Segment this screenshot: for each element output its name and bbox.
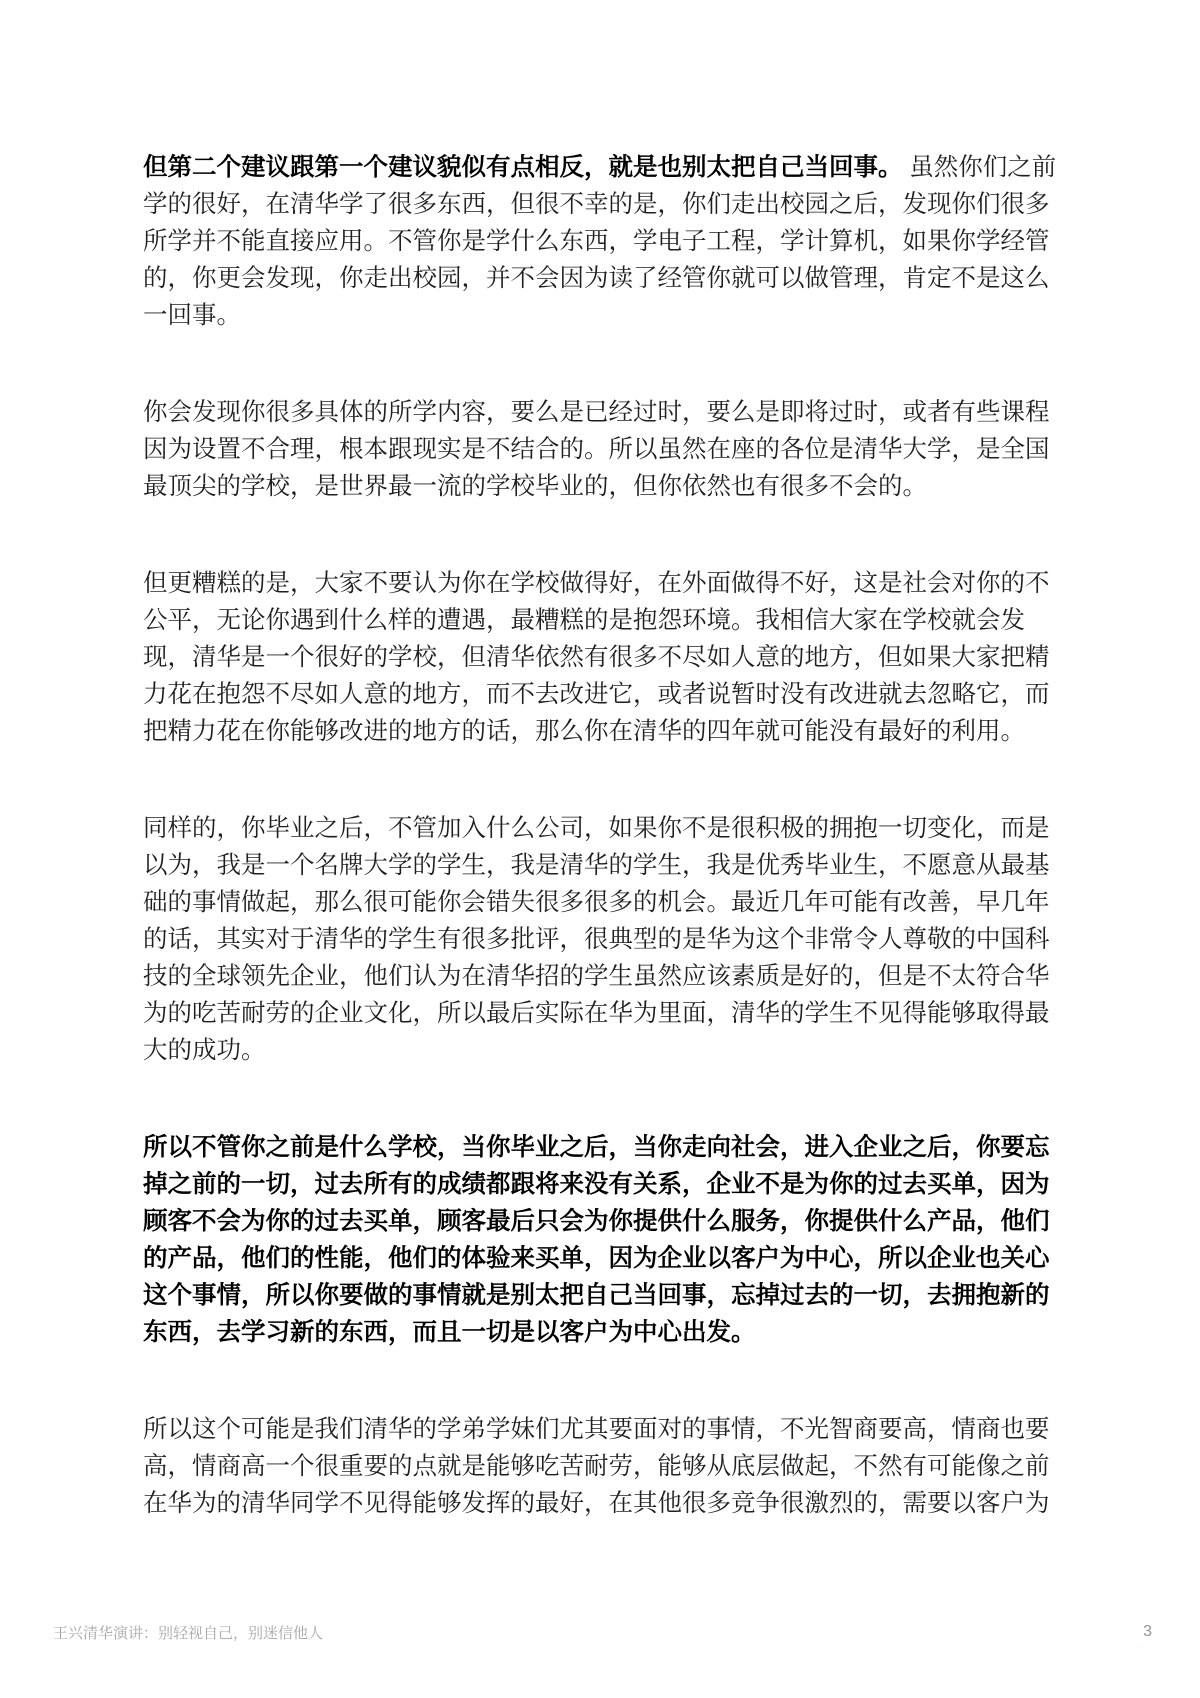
paragraph-1-bold-lead: 但第二个建议跟第一个建议貌似有点相反，就是也别太把自己当回事。 (143, 154, 903, 181)
footer-page-number: 3 (1143, 1623, 1152, 1641)
footer-document-title: 王兴清华演讲：别轻视自己，别迷信他人 (53, 1622, 323, 1643)
document-page: 但第二个建议跟第一个建议貌似有点相反，就是也别太把自己当回事。 虽然你们之前 学… (0, 0, 1200, 1698)
paragraph-4: 同样的，你毕业之后，不管加入什么公司，如果你不是很积极的拥抱一切变化，而是 以为… (143, 810, 1073, 1069)
page-footer: 王兴清华演讲：别轻视自己，别迷信他人 3 (53, 1620, 1152, 1644)
paragraph-5-bold: 所以不管你之前是什么学校，当你毕业之后，当你走向社会，进入企业之后，你要忘 掉之… (143, 1129, 1073, 1351)
paragraph-3: 但更糟糕的是，大家不要认为你在学校做得好，在外面做得不好，这是社会对你的不 公平… (143, 565, 1073, 750)
document-content: 但第二个建议跟第一个建议貌似有点相反，就是也别太把自己当回事。 虽然你们之前 学… (143, 149, 1073, 1522)
paragraph-1: 但第二个建议跟第一个建议貌似有点相反，就是也别太把自己当回事。 虽然你们之前 学… (143, 149, 1073, 334)
paragraph-2: 你会发现你很多具体的所学内容，要么是已经过时，要么是即将过时，或者有些课程 因为… (143, 394, 1073, 505)
paragraph-6: 所以这个可能是我们清华的学弟学妹们尤其要面对的事情，不光智商要高，情商也要 高，… (143, 1411, 1073, 1522)
